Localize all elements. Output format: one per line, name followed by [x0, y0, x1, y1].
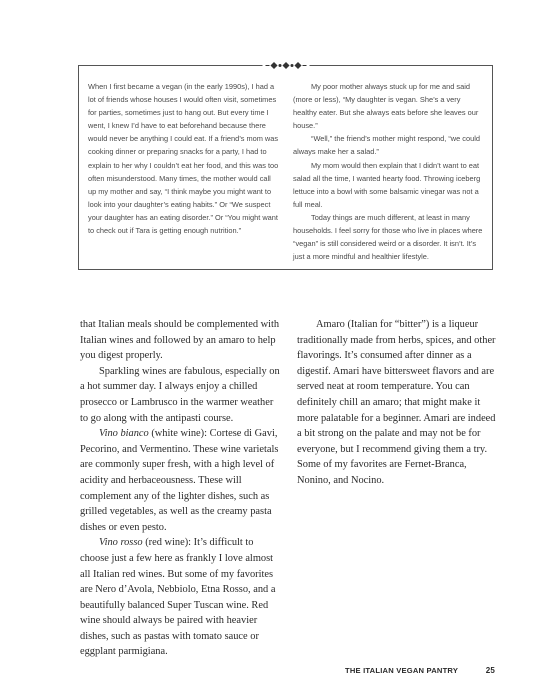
page-number: 25	[486, 666, 495, 675]
running-title: THE ITALIAN VEGAN PANTRY	[345, 666, 458, 675]
paragraph-text: (white wine): Cortese di Gavi, Pecorino,…	[80, 428, 278, 533]
body-paragraph-vino-rosso: Vino rosso (red wine): It’s difficult to…	[80, 535, 283, 660]
sidebar-paragraph: “Well,” the friend’s mother might respon…	[293, 132, 484, 158]
body-right-column: Amaro (Italian for “bitter”) is a liqueu…	[297, 317, 500, 660]
body-paragraph-amaro: Amaro (Italian for “bitter”) is a liqueu…	[297, 317, 500, 489]
body-paragraph: that Italian meals should be complemente…	[80, 317, 283, 364]
sidebar-box: When I first became a vegan (in the earl…	[78, 65, 493, 270]
sidebar-paragraph: When I first became a vegan (in the earl…	[88, 80, 279, 237]
sidebar-paragraph: My poor mother always stuck up for me an…	[293, 80, 484, 132]
sidebar-right-column: My poor mother always stuck up for me an…	[293, 80, 484, 263]
term-vino-rosso: Vino rosso	[99, 537, 143, 548]
body-left-column: that Italian meals should be complemente…	[80, 317, 283, 660]
paragraph-text: (red wine): It’s difficult to choose jus…	[80, 537, 275, 657]
body-paragraph-vino-bianco: Vino bianco (white wine): Cortese di Gav…	[80, 426, 283, 535]
sidebar-columns: When I first became a vegan (in the earl…	[88, 80, 484, 263]
sidebar-left-column: When I first became a vegan (in the earl…	[88, 80, 279, 263]
body-paragraph: Sparkling wines are fabulous, especially…	[80, 364, 283, 426]
term-vino-bianco: Vino bianco	[99, 428, 149, 439]
page-footer: THE ITALIAN VEGAN PANTRY 25	[345, 666, 495, 675]
diamond-divider-ornament-icon	[262, 61, 309, 70]
sidebar-paragraph: My mom would then explain that I didn’t …	[293, 159, 484, 211]
body-text-columns: that Italian meals should be complemente…	[80, 317, 500, 660]
sidebar-paragraph: Today things are much different, at leas…	[293, 211, 484, 263]
